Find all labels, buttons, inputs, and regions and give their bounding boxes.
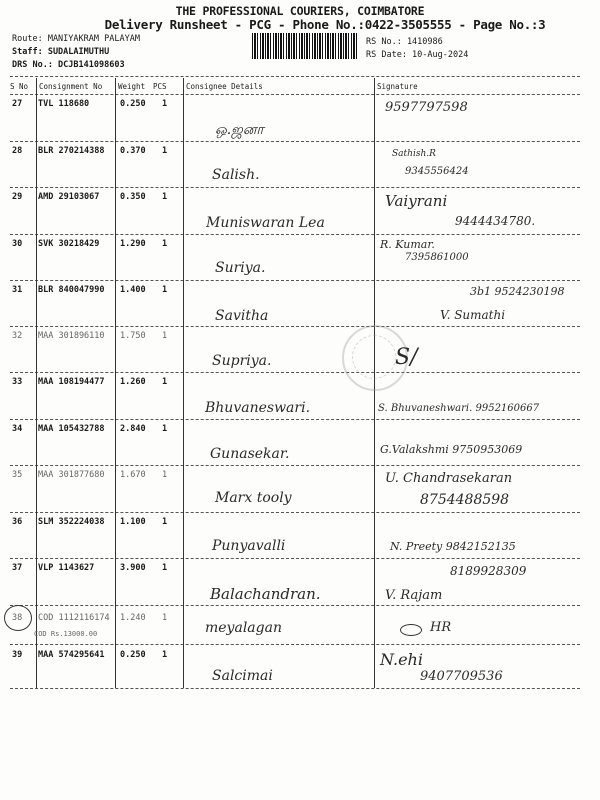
signature: U. Chandrasekaran — [385, 471, 512, 486]
consignee-name: Salcimai — [212, 668, 273, 684]
consignee-name: Bhuvaneswari. — [205, 400, 310, 416]
signature-name: V. Rajam — [385, 588, 442, 603]
weight: 3.900 — [120, 563, 146, 573]
signature: G.Valakshmi 9750953069 — [380, 443, 522, 456]
consignment-no: MAA 574295641 — [38, 650, 105, 660]
sno: 35 — [12, 470, 22, 480]
separator — [10, 465, 580, 466]
runsheet-subtitle: Delivery Runsheet - PCG - Phone No.:0422… — [0, 17, 600, 32]
signature: S. Bhuvaneshwari. 9952160667 — [378, 403, 539, 414]
consignment-no: TVL 118680 — [38, 99, 89, 109]
consignee-name: ஒ.ஜனா — [215, 122, 264, 140]
pcs: 1 — [162, 239, 167, 249]
sno: 33 — [12, 377, 22, 387]
rupee-mark-icon — [400, 624, 422, 636]
weight: 1.240 — [120, 613, 146, 623]
sno: 38 — [12, 613, 22, 623]
sno: 28 — [12, 146, 22, 156]
pcs: 1 — [162, 192, 167, 202]
consignment-no: AMD 29103067 — [38, 192, 99, 202]
consignee-name: Punyavalli — [212, 538, 285, 554]
weight: 0.250 — [120, 99, 146, 109]
signature: S/ — [395, 345, 417, 370]
column-divider — [183, 78, 184, 688]
separator — [10, 76, 580, 77]
consignee-name: Marx tooly — [215, 490, 292, 506]
cod-amount: COD Rs.13000.00 — [34, 630, 97, 638]
separator — [10, 688, 580, 689]
signature: N.ehi — [380, 650, 423, 669]
rs-number: RS No.: 1410986 — [366, 37, 443, 47]
signature-phone: 8754488598 — [420, 492, 509, 508]
separator — [10, 280, 580, 281]
pcs: 1 — [162, 285, 167, 295]
consignment-no: BLR 270214388 — [38, 146, 105, 156]
separator — [10, 644, 580, 645]
weight: 1.260 — [120, 377, 146, 387]
sno: 34 — [12, 424, 22, 434]
consignee-name: Supriya. — [212, 353, 271, 369]
weight: 1.670 — [120, 470, 146, 480]
weight: 0.370 — [120, 146, 146, 156]
company-title: THE PROFESSIONAL COURIERS, COIMBATORE — [0, 4, 600, 18]
signature: 3b1 9524230198 — [470, 285, 565, 298]
col-header-pcs: PCS — [153, 82, 167, 91]
signature-phone: 9345556424 — [405, 166, 469, 177]
weight: 0.250 — [120, 650, 146, 660]
consignment-no: COD 1112116174 — [38, 613, 110, 623]
weight: 2.840 — [120, 424, 146, 434]
column-divider — [36, 78, 37, 688]
signature: R. Kumar. — [380, 238, 435, 251]
col-header-weight: Weight — [118, 82, 145, 91]
route-label: Route: MANIYAKRAM PALAYAM — [12, 34, 140, 44]
pcs: 1 — [162, 563, 167, 573]
signature: HR — [430, 620, 451, 635]
consignment-no: BLR 840047990 — [38, 285, 105, 295]
weight: 0.350 — [120, 192, 146, 202]
sno: 32 — [12, 331, 22, 341]
sno: 29 — [12, 192, 22, 202]
pcs: 1 — [162, 470, 167, 480]
separator — [10, 372, 580, 373]
separator — [10, 605, 580, 606]
consignee-name: Balachandran. — [210, 585, 321, 603]
pcs: 1 — [162, 377, 167, 387]
pcs: 1 — [162, 517, 167, 527]
separator — [10, 141, 580, 142]
consignee-name: Gunasekar. — [210, 446, 289, 462]
signature: N. Preety 9842152135 — [390, 540, 516, 553]
signature: Sathish.R — [392, 149, 436, 159]
signature-phone: 7395861000 — [405, 252, 469, 263]
consignee-name: Suriya. — [215, 260, 265, 276]
consignment-no: SVK 30218429 — [38, 239, 99, 249]
col-header-consignee: Consignee Details — [186, 82, 263, 91]
consignee-name: Salish. — [212, 167, 260, 183]
consignment-no: MAA 301877680 — [38, 470, 105, 480]
pcs: 1 — [162, 424, 167, 434]
consignment-no: MAA 301896110 — [38, 331, 105, 341]
col-header-sno: S No — [10, 82, 28, 91]
weight: 1.400 — [120, 285, 146, 295]
signature-phone: 8189928309 — [450, 564, 526, 578]
pcs: 1 — [162, 650, 167, 660]
consignee-name: Savitha — [215, 308, 268, 324]
pcs: 1 — [162, 613, 167, 623]
sno: 27 — [12, 99, 22, 109]
signature: 9597797598 — [385, 100, 468, 115]
separator — [10, 234, 580, 235]
pcs: 1 — [162, 146, 167, 156]
staff-label: Staff: SUDALAIMUTHU — [12, 47, 109, 57]
separator — [10, 326, 580, 327]
pcs: 1 — [162, 331, 167, 341]
rs-date: RS Date: 10-Aug-2024 — [366, 50, 468, 60]
separator — [10, 94, 580, 95]
separator — [10, 558, 580, 559]
col-header-signature: Signature — [377, 82, 418, 91]
col-header-consignment: Consignment No — [39, 82, 102, 91]
signature-phone: 9444434780. — [455, 214, 535, 228]
consignee-name: meyalagan — [205, 620, 282, 636]
sno: 37 — [12, 563, 22, 573]
signature: Vaiyrani — [385, 192, 447, 210]
consignment-no: MAA 105432788 — [38, 424, 105, 434]
consignment-no: MAA 108194477 — [38, 377, 105, 387]
separator — [10, 419, 580, 420]
consignee-name: Muniswaran Lea — [206, 215, 325, 231]
sno: 31 — [12, 285, 22, 295]
separator — [10, 187, 580, 188]
signature-name: V. Sumathi — [440, 308, 505, 322]
separator — [10, 512, 580, 513]
sno: 36 — [12, 517, 22, 527]
sno: 39 — [12, 650, 22, 660]
sno: 30 — [12, 239, 22, 249]
pcs: 1 — [162, 99, 167, 109]
consignment-no: VLP 1143627 — [38, 563, 94, 573]
weight: 1.100 — [120, 517, 146, 527]
drs-number: DRS No.: DCJB141098603 — [12, 60, 125, 70]
column-divider — [115, 78, 116, 688]
weight: 1.290 — [120, 239, 146, 249]
signature-phone: 9407709536 — [420, 669, 503, 684]
weight: 1.750 — [120, 331, 146, 341]
consignment-no: SLM 352224038 — [38, 517, 105, 527]
barcode — [252, 33, 358, 59]
